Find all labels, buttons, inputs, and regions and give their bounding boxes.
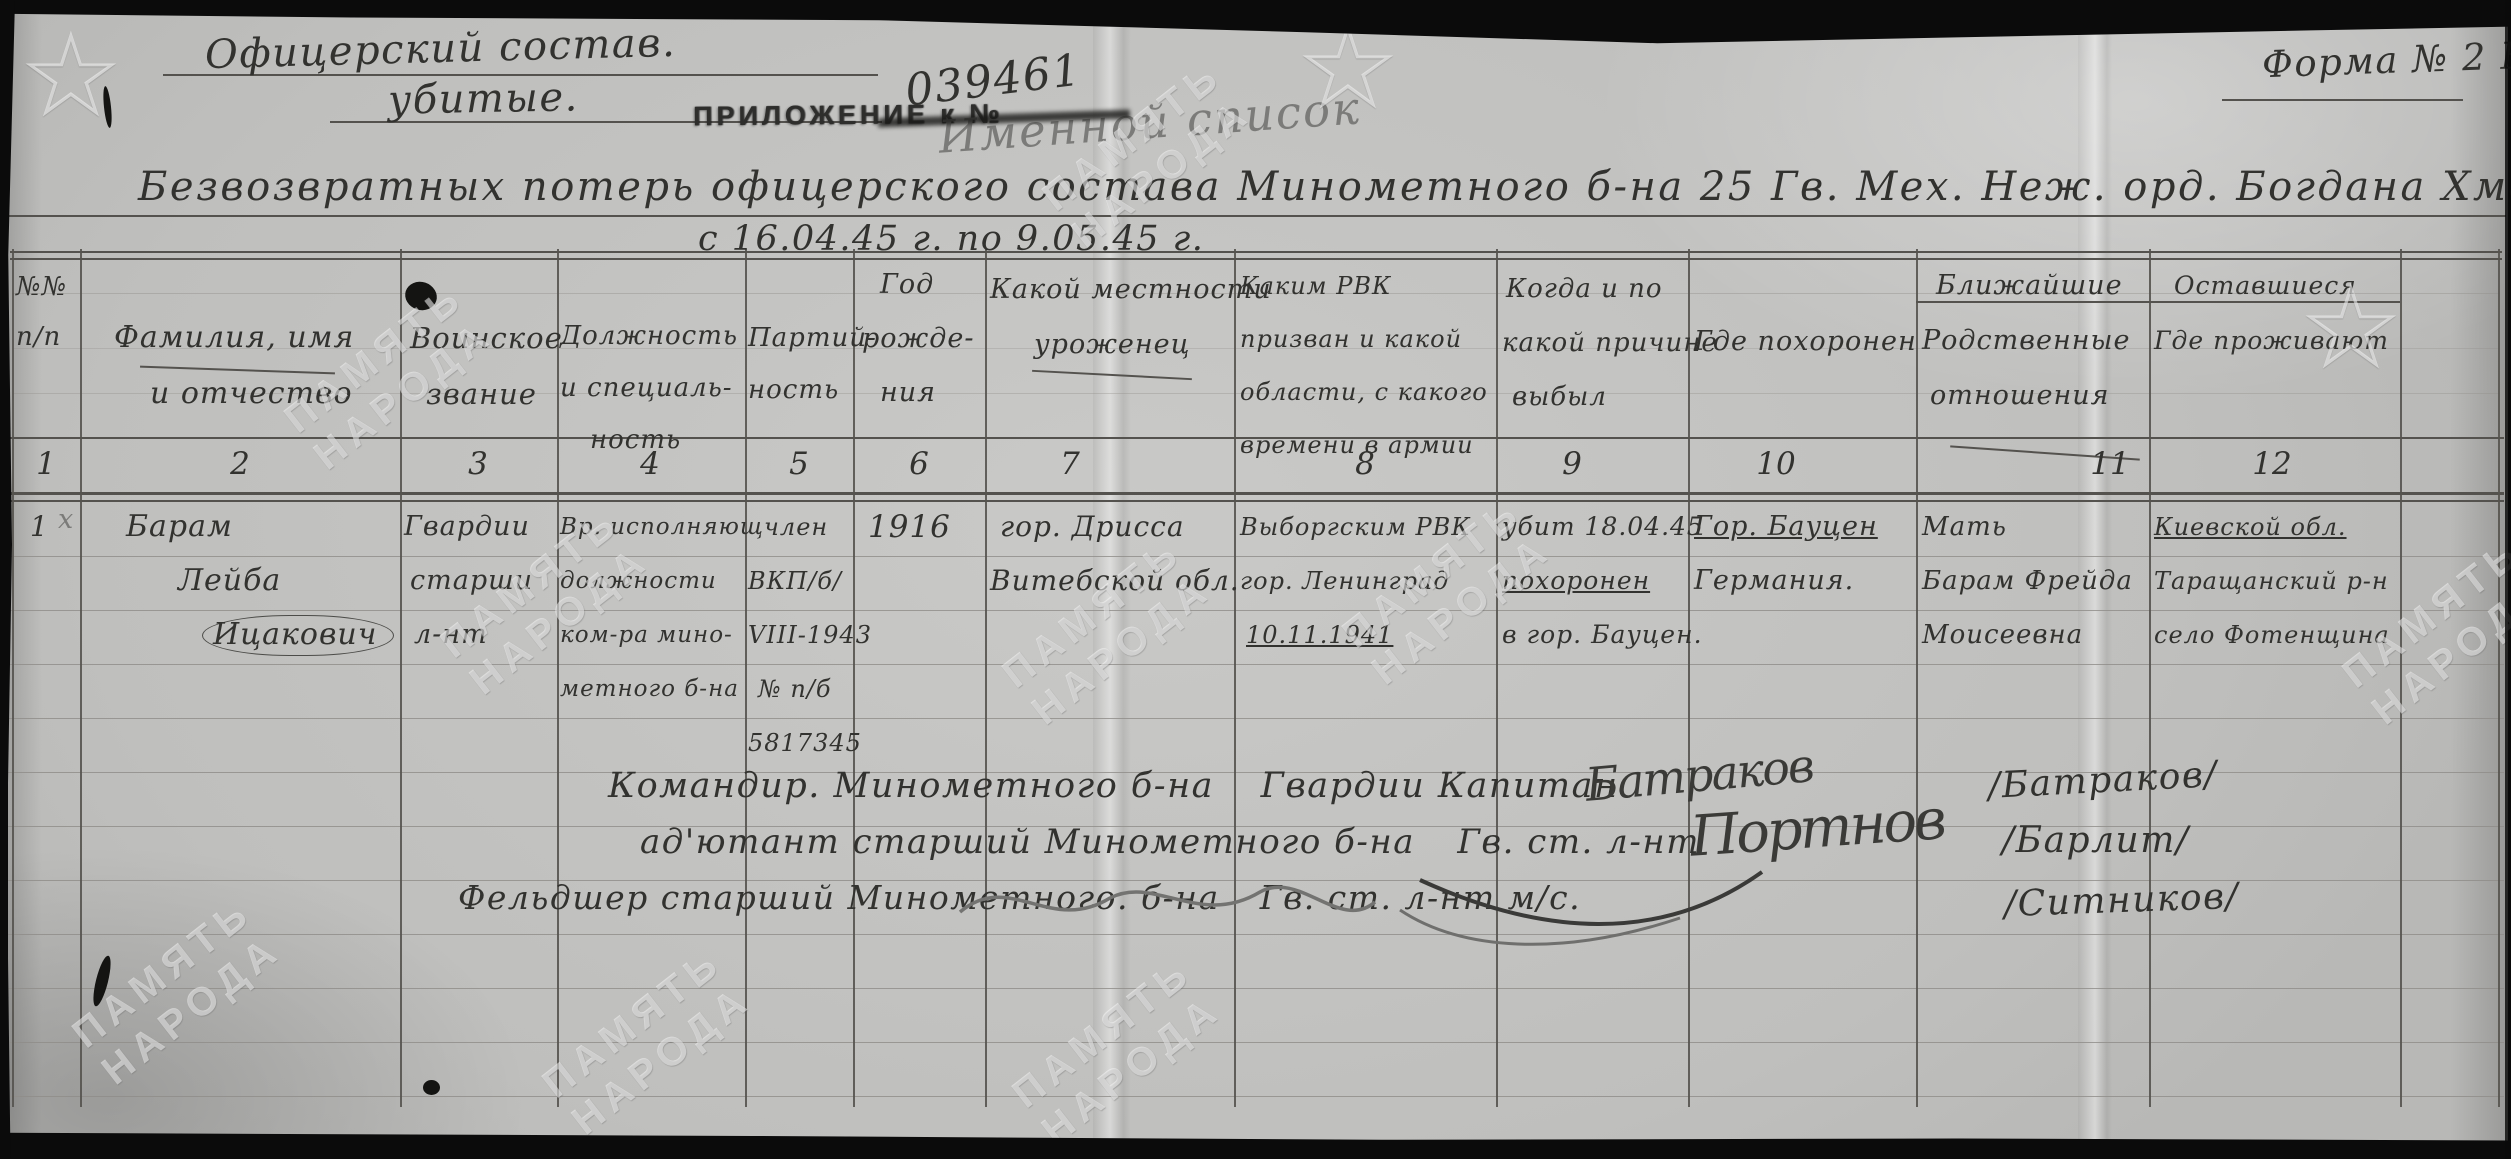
col-number-3: 3 [458,446,498,482]
column-line [2400,249,2402,1107]
row-name-patronymic: Ицакович [202,608,396,662]
ink-blot [423,1080,440,1095]
rule-line [8,1096,2504,1097]
row-address-cell: Киевской обл. Таращанский р-н село Фотен… [2154,500,2396,662]
col-number-12: 12 [2252,446,2292,482]
col-number-4: 4 [630,446,670,482]
row-relatives-cell: Мать Барам Фрейда Моисеевна [1922,500,2146,662]
col-header-8: Каким РВК призван и какой области, с как… [1240,260,1492,472]
row-rank-cell: Гвардии старши л-нт [404,500,554,662]
document-scan-page: ☆ ☆ ☆ ПАМЯТЬНАРОДА ПАМЯТЬНАРОДА ПАМЯТЬНА… [0,0,2511,1159]
rule-line [8,664,2504,665]
row-burial-cell: Гор. Бауцен Германия. [1694,500,1912,608]
corner-note-killed: убитые. [388,74,580,123]
adjutant-name-bracket: /Барлит/ [2002,820,2189,861]
feldsher-name-bracket: /Ситников/ [2003,876,2239,925]
signature-flourish [900,840,1800,980]
row-casualty-cell: убит 18.04.45 похоронен в гор. Бауцен. [1502,500,1684,662]
col-number-9: 9 [1552,446,1592,482]
column-line [2498,249,2500,1107]
number-row-line [8,492,2504,495]
row-position-cell: Вр. исполняющ должности ком-ра мино- мет… [560,500,742,716]
row-birthyear-cell: 1916 [858,500,982,554]
col-header-11: Ближайшие Родственные отношения [1922,258,2146,423]
report-title-line2: с 16.04.45 г. по 9.05.45 г. [698,219,1204,259]
column-line [745,249,747,1107]
row-name-cell: Барам Лейба Ицакович [86,500,396,662]
col-header-7: Какой местности уроженец [990,262,1230,372]
col-header-1: №№ п/п [16,262,78,362]
row-pencil-mark: х [58,504,75,535]
col-number-5: 5 [779,446,819,482]
column-line [400,249,402,1107]
col-number-1: 1 [26,446,66,482]
col-header-4: Должность и специаль- ность [560,310,742,466]
row-drafted-cell: Выборгским РВК гор. Ленинград 10.11.1941 [1240,500,1492,662]
table-top-line [10,251,2502,253]
signature-row-commander: Командир. Минометного б-на Гвардии Капит… [608,766,1619,806]
col-header-10: Где похоронен [1694,314,1912,369]
signer-role: Командир. Минометного б-на [608,766,1214,806]
title-underline [6,215,2506,217]
column-line [12,249,14,1107]
col-number-6: 6 [899,446,939,482]
signer-rank: Гвардии Капитан [1261,766,1619,806]
col-number-8: 8 [1345,446,1385,482]
rule-line [8,718,2504,719]
column-line [1916,249,1918,1107]
col-header-9: Когда и по какой причине выбыл [1502,262,1684,424]
underline [2222,99,2463,101]
col-header-5: Партий- ность [748,312,850,416]
column-line [853,249,855,1107]
column-line [2149,249,2151,1107]
rule-line [8,1042,2504,1043]
col-number-2: 2 [220,446,260,482]
column-line [80,249,82,1107]
col-number-11: 11 [2090,446,2130,482]
column-line [557,249,559,1107]
col-header-6: Год рожде- ния [858,258,982,420]
col-number-7: 7 [1050,446,1090,482]
report-title-line1: Безвозвратных потерь офицерского состава… [138,164,2511,210]
rule-line [8,988,2504,989]
col-header-2: Фамилия, имя и отчество [86,310,396,422]
col-number-10: 10 [1756,446,1796,482]
col-header-3: Воинское звание [404,310,554,422]
row-party-cell: член ВКП/б/ VIII-1943 № п/б 5817345 [748,500,850,770]
col-header-12: Оставшиеся Где проживают [2154,258,2396,368]
row-birthplace-cell: гор. Дрисса Витебской обл. [990,500,1230,608]
